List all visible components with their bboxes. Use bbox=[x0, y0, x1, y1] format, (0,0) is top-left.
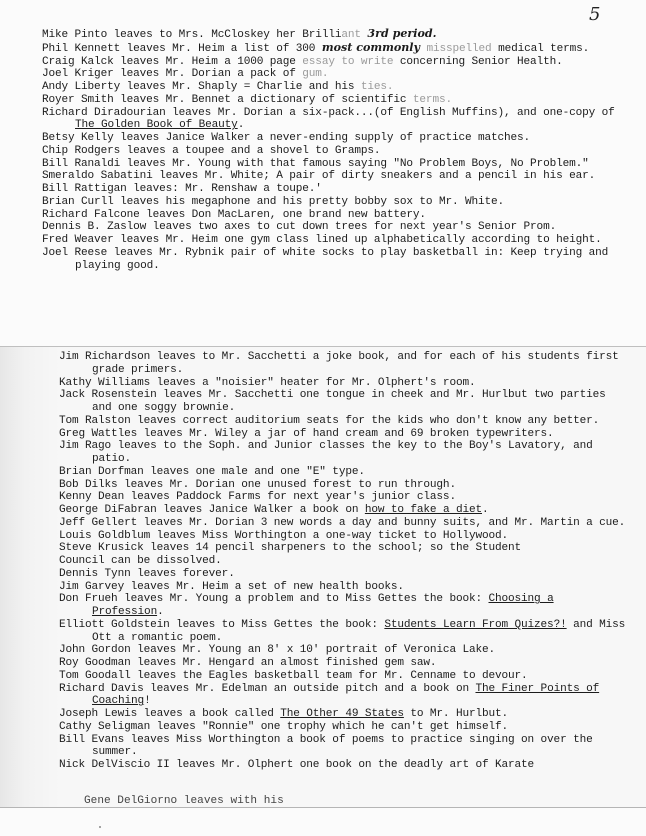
bequest-entry: Louis Goldblum leaves Miss Worthington a… bbox=[59, 530, 629, 543]
entry-text: Bill Rattigan leaves: Mr. Renshaw a toup… bbox=[42, 183, 322, 195]
bequest-entry: Richard Falcone leaves Don MacLaren, one… bbox=[42, 209, 622, 222]
entry-text: Craig Kalck leaves Mr. Heim a 1000 page bbox=[42, 56, 302, 68]
bequest-entry: Brian Curll leaves his megaphone and his… bbox=[42, 196, 622, 209]
bequest-entry: Tom Goodall leaves the Eagles basketball… bbox=[59, 670, 629, 683]
underlined-title: The Other 49 States bbox=[280, 708, 404, 720]
entry-text: Louis Goldblum leaves Miss Worthington a… bbox=[59, 530, 508, 542]
entry-text: . bbox=[482, 504, 489, 516]
faded-text: gum. bbox=[302, 68, 328, 80]
entry-text: Jim Garvey leaves Mr. Heim a set of new … bbox=[59, 581, 404, 593]
entry-text: Smeraldo Sabatini leaves Mr. White; A pa… bbox=[42, 170, 595, 182]
bequest-entry: Joseph Lewis leaves a book called The Ot… bbox=[59, 708, 629, 721]
bequest-entry: Jim Richardson leaves to Mr. Sacchetti a… bbox=[59, 351, 629, 377]
entry-text: Joseph Lewis leaves a book called bbox=[59, 708, 280, 720]
handwritten-correction: most commonly bbox=[322, 41, 420, 54]
entry-text: Fred Weaver leaves Mr. Heim one gym clas… bbox=[42, 234, 602, 246]
entry-text: John Gordon leaves Mr. Young an 8' x 10'… bbox=[59, 644, 495, 656]
faded-text: ant bbox=[341, 29, 361, 41]
entry-text: Dennis Tynn leaves forever. bbox=[59, 568, 235, 580]
bequest-entry: Greg Wattles leaves Mr. Wiley a jar of h… bbox=[59, 428, 629, 441]
entry-text: Kathy Williams leaves a "noisier" heater… bbox=[59, 377, 475, 389]
entry-text: Jim Richardson leaves to Mr. Sacchetti a… bbox=[59, 351, 619, 376]
bequest-entry: Fred Weaver leaves Mr. Heim one gym clas… bbox=[42, 234, 622, 247]
bequest-entry: Cathy Seligman leaves "Ronnie" one troph… bbox=[59, 721, 629, 734]
bequest-list-2: Jim Richardson leaves to Mr. Sacchetti a… bbox=[59, 351, 629, 772]
entry-text: Betsy Kelly leaves Janice Walker a never… bbox=[42, 132, 530, 144]
entry-text: Bob Dilks leaves Mr. Dorian one unused f… bbox=[59, 479, 456, 491]
entry-text: Brian Dorfman leaves one male and one "E… bbox=[59, 466, 365, 478]
bequest-entry: Council can be dissolved. bbox=[59, 555, 629, 568]
entry-text: Nick DelViscio II leaves Mr. Olphert one… bbox=[59, 759, 534, 771]
bequest-entry: Tom Ralston leaves correct auditorium se… bbox=[59, 415, 629, 428]
entry-text: . bbox=[238, 119, 245, 131]
bequest-entry: Jim Garvey leaves Mr. Heim a set of new … bbox=[59, 581, 629, 594]
underlined-title: how to fake a diet bbox=[365, 504, 482, 516]
bequest-list-1: Mike Pinto leaves to Mrs. McCloskey her … bbox=[42, 28, 622, 272]
bequest-entry: Kenny Dean leaves Paddock Farms for next… bbox=[59, 491, 629, 504]
entry-text: Don Frueh leaves Mr. Young a problem and… bbox=[59, 593, 489, 605]
entry-text: Tom Goodall leaves the Eagles basketball… bbox=[59, 670, 528, 682]
faded-text: terms. bbox=[413, 94, 452, 106]
entry-text: Bill Ranaldi leaves Mr. Young with that … bbox=[42, 158, 589, 170]
bequest-entry: Joel Kriger leaves Mr. Dorian a pack of … bbox=[42, 68, 622, 81]
bequest-entry: Richard Davis leaves Mr. Edelman an outs… bbox=[59, 683, 629, 709]
entry-text: Bill Evans leaves Miss Worthington a boo… bbox=[59, 734, 593, 759]
bequest-entry: Bob Dilks leaves Mr. Dorian one unused f… bbox=[59, 479, 629, 492]
bequest-entry: Dennis Tynn leaves forever. bbox=[59, 568, 629, 581]
underlined-title: Students Learn From Quizes?! bbox=[384, 619, 566, 631]
bequest-entry: Royer Smith leaves Mr. Bennet a dictiona… bbox=[42, 94, 622, 107]
faded-text: essay to write bbox=[302, 56, 393, 68]
bequest-entry: Betsy Kelly leaves Janice Walker a never… bbox=[42, 132, 622, 145]
bequest-entry: George DiFabran leaves Janice Walker a b… bbox=[59, 504, 629, 517]
entry-text: to Mr. Hurlbut. bbox=[404, 708, 508, 720]
bequest-entry: Kathy Williams leaves a "noisier" heater… bbox=[59, 377, 629, 390]
entry-text: ! bbox=[144, 695, 151, 707]
entry-text: Richard Davis leaves Mr. Edelman an outs… bbox=[59, 683, 475, 695]
bequest-entry: Bill Ranaldi leaves Mr. Young with that … bbox=[42, 158, 622, 171]
entry-text: Council can be dissolved. bbox=[59, 555, 222, 567]
underlined-title: The Golden Book of Beauty bbox=[75, 119, 238, 131]
entry-text: Richard Falcone leaves Don MacLaren, one… bbox=[42, 209, 426, 221]
entry-text: concerning Senior Health. bbox=[393, 56, 562, 68]
bequest-entry: Joel Reese leaves Mr. Rybnik pair of whi… bbox=[42, 247, 622, 273]
bequest-entry: Dennis B. Zaslow leaves two axes to cut … bbox=[42, 221, 622, 234]
faded-text: ties. bbox=[361, 81, 394, 93]
bequest-entry: Jim Rago leaves to the Soph. and Junior … bbox=[59, 440, 629, 466]
entry-text: Jeff Gellert leaves Mr. Dorian 3 new wor… bbox=[59, 517, 625, 529]
entry-text: Roy Goodman leaves Mr. Hengard an almost… bbox=[59, 657, 436, 669]
entry-text: Cathy Seligman leaves "Ronnie" one troph… bbox=[59, 721, 508, 733]
entry-text: Mike Pinto leaves to Mrs. McCloskey her … bbox=[42, 29, 341, 41]
bequest-entry: Craig Kalck leaves Mr. Heim a 1000 page … bbox=[42, 56, 622, 69]
entry-text: Kenny Dean leaves Paddock Farms for next… bbox=[59, 491, 456, 503]
bequest-entry: Phil Kennett leaves Mr. Heim a list of 3… bbox=[42, 42, 622, 56]
bequest-entry: John Gordon leaves Mr. Young an 8' x 10'… bbox=[59, 644, 629, 657]
page-number: 5 bbox=[589, 4, 600, 25]
entry-text: Dennis B. Zaslow leaves two axes to cut … bbox=[42, 221, 556, 233]
entry-text: medical terms. bbox=[492, 43, 590, 55]
bequest-entry: Chip Rodgers leaves a toupee and a shove… bbox=[42, 145, 622, 158]
bequest-entry: Steve Krusick leaves 14 pencil sharpener… bbox=[59, 542, 629, 555]
cutoff-line: Gene DelGiorno leaves with his bbox=[84, 795, 584, 805]
entry-text: . bbox=[157, 606, 164, 618]
bequest-entry: Brian Dorfman leaves one male and one "E… bbox=[59, 466, 629, 479]
bequest-entry: Jeff Gellert leaves Mr. Dorian 3 new wor… bbox=[59, 517, 629, 530]
entry-text: Joel Reese leaves Mr. Rybnik pair of whi… bbox=[42, 247, 608, 272]
bequest-entry: Andy Liberty leaves Mr. Shaply = Charlie… bbox=[42, 81, 622, 94]
entry-text: Brian Curll leaves his megaphone and his… bbox=[42, 196, 504, 208]
handwritten-correction: 3rd period. bbox=[367, 27, 436, 40]
entry-text: Phil Kennett leaves Mr. Heim a list of 3… bbox=[42, 43, 322, 55]
bequest-entry: Jack Rosenstein leaves Mr. Sacchetti one… bbox=[59, 389, 629, 415]
bequest-entry: Bill Evans leaves Miss Worthington a boo… bbox=[59, 734, 629, 760]
entry-text: Tom Ralston leaves correct auditorium se… bbox=[59, 415, 599, 427]
entry-text: Elliott Goldstein leaves to Miss Gettes … bbox=[59, 619, 384, 631]
bequest-entry: Nick DelViscio II leaves Mr. Olphert one… bbox=[59, 759, 629, 772]
bequest-entry: Smeraldo Sabatini leaves Mr. White; A pa… bbox=[42, 170, 622, 183]
entry-text: Chip Rodgers leaves a toupee and a shove… bbox=[42, 145, 380, 157]
bequest-entry: Don Frueh leaves Mr. Young a problem and… bbox=[59, 593, 629, 619]
bequest-entry: Elliott Goldstein leaves to Miss Gettes … bbox=[59, 619, 629, 645]
bequest-entry: Bill Rattigan leaves: Mr. Renshaw a toup… bbox=[42, 183, 622, 196]
entry-text: George DiFabran leaves Janice Walker a b… bbox=[59, 504, 365, 516]
entry-text: Royer Smith leaves Mr. Bennet a dictiona… bbox=[42, 94, 413, 106]
entry-text: Steve Krusick leaves 14 pencil sharpener… bbox=[59, 542, 521, 554]
bequest-entry: Richard Diradourian leaves Mr. Dorian a … bbox=[42, 107, 622, 133]
entry-text: Greg Wattles leaves Mr. Wiley a jar of h… bbox=[59, 428, 554, 440]
entry-text: Andy Liberty leaves Mr. Shaply = Charlie… bbox=[42, 81, 361, 93]
entry-text: Richard Diradourian leaves Mr. Dorian a … bbox=[42, 107, 615, 119]
paper-speck bbox=[99, 826, 101, 828]
entry-text: Joel Kriger leaves Mr. Dorian a pack of bbox=[42, 68, 302, 80]
entry-text: Jim Rago leaves to the Soph. and Junior … bbox=[59, 440, 593, 465]
faded-text: misspelled bbox=[426, 43, 491, 55]
entry-text: Jack Rosenstein leaves Mr. Sacchetti one… bbox=[59, 389, 606, 414]
bequest-entry: Roy Goodman leaves Mr. Hengard an almost… bbox=[59, 657, 629, 670]
bequest-entry: Mike Pinto leaves to Mrs. McCloskey her … bbox=[42, 28, 622, 42]
